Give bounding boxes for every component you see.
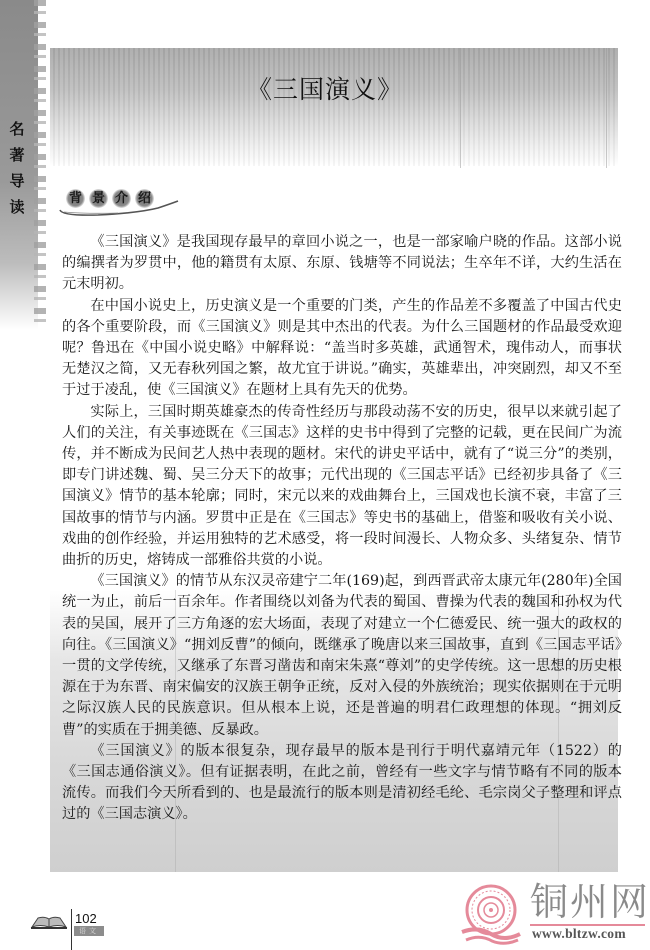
- page-footer: 102 语文: [30, 905, 150, 950]
- paragraph: 《三国演义》的情节从东汉灵帝建宁二年(169)起，到西晋武帝太康元年(280年)…: [62, 571, 622, 741]
- open-book-icon: [30, 915, 68, 929]
- texture-line: [606, 48, 607, 168]
- side-label-char: 读: [9, 198, 24, 217]
- header-band: [50, 48, 618, 166]
- side-label-char: 著: [9, 146, 24, 165]
- paragraph: 《三国演义》是我国现存最早的章回小说之一，也是一部家喻户晓的作品。这部小说的编撰…: [62, 232, 622, 296]
- side-category-label: 名 著 导 读: [6, 120, 28, 217]
- paragraph: 在中国小说史上，历史演义是一个重要的门类，产生的作品差不多覆盖了中国古代史的各个…: [62, 296, 622, 402]
- section-heading: 背 景 介 绍: [58, 186, 148, 220]
- paragraph: 实际上，三国时期英雄豪杰的传奇性经历与那段动荡不安的历史，很早以来就引起了人们的…: [62, 402, 622, 572]
- site-watermark: 铜州网 www.bltzw.com: [458, 880, 650, 948]
- article-body: 《三国演义》是我国现存最早的章回小说之一，也是一部家喻户晓的作品。这部小说的编撰…: [62, 232, 622, 826]
- page-number: 102: [75, 911, 97, 926]
- seal-logo-icon: [458, 884, 524, 946]
- side-label-char: 名: [9, 120, 24, 139]
- page-title: 《三国演义》: [0, 70, 650, 106]
- brush-stroke-icon: [58, 200, 183, 220]
- subject-label: 语文: [74, 926, 104, 936]
- texture-line: [460, 48, 461, 168]
- watermark-url: www.bltzw.com: [532, 926, 626, 942]
- paragraph: 《三国演义》的版本很复杂，现存最早的版本是刊行于明代嘉靖元年（1522）的《三国…: [62, 741, 622, 826]
- side-label-char: 导: [9, 172, 24, 191]
- footer-divider: [71, 909, 72, 950]
- watermark-site-name: 铜州网: [530, 880, 650, 924]
